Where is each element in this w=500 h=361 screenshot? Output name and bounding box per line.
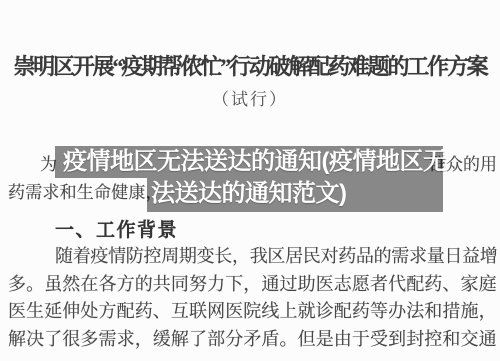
- paragraph2-line1: 随着疫情防控周期变长，我区居民对药品的需求量日益增: [8, 243, 497, 271]
- paragraph2-line3: 医生延伸处方配药、互联网医院线上就诊配药等办法和措施，: [8, 298, 497, 326]
- overlay-caption-line2: 法送达的通知范文): [147, 178, 443, 212]
- paragraph2-line4: 解决了很多需求，缓解了部分矛盾。但是由于受到封控和交通: [8, 326, 497, 354]
- paragraph2-line2: 多。虽然在各方的共同努力下，通过助医志愿者代配药、家庭: [8, 271, 497, 299]
- document-title: 崇明区开展“疫期帮侬忙”行动破解配药难题的工作方案: [0, 50, 500, 81]
- overlay-caption-line1: 疫情地区无法送达的通知(疫情地区无: [55, 146, 443, 178]
- scanned-document-page: 崇明区开展“疫期帮侬忙”行动破解配药难题的工作方案 （试行） 为 群众的用 药需…: [0, 0, 500, 361]
- paragraph1-line2-fragment: 药需求和生命健康，: [8, 178, 163, 203]
- document-subtitle: （试行）: [0, 85, 500, 110]
- section-heading: 一、工作背景: [55, 215, 178, 242]
- paragraph2: 随着疫情防控周期变长，我区居民对药品的需求量日益增 多。虽然在各方的共同努力下，…: [8, 243, 497, 353]
